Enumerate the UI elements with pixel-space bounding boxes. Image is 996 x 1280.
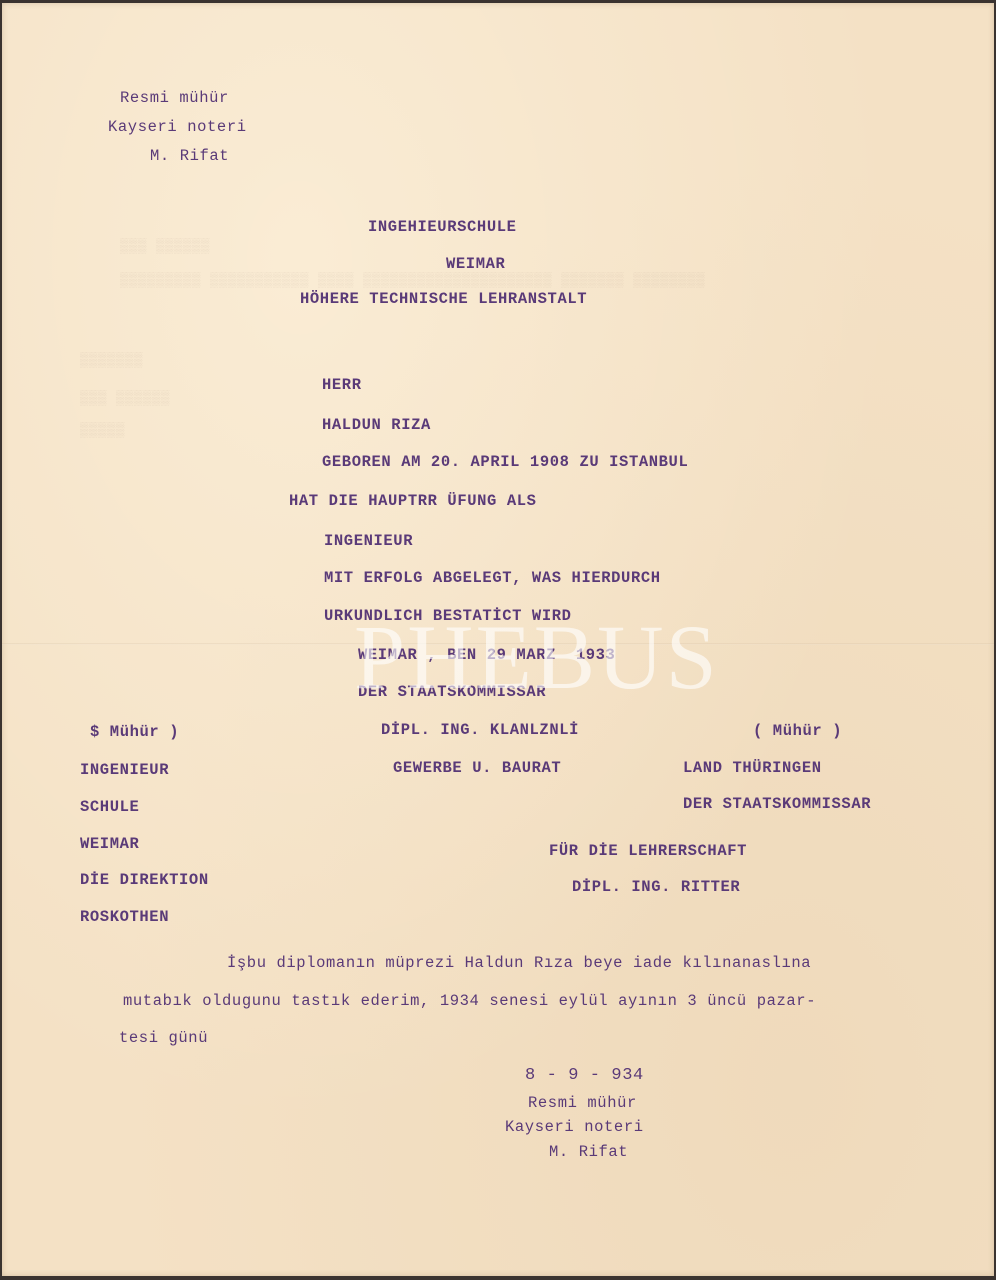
- watermark: PHEBUS: [354, 611, 719, 703]
- school-city: WEIMAR: [446, 257, 505, 273]
- center-signature-line: GEWERBE U. BAURAT: [393, 761, 561, 777]
- notary-statement-line: İşbu diplomanın müprezi Haldun Rıza beye…: [227, 956, 811, 972]
- diploma-document-page: ▒▒▒ ▒▒▒▒▒▒ ▒▒▒▒▒▒▒▒▒ ▒▒▒▒▒▒▒▒▒▒▒ ▒▒▒▒ ▒▒…: [2, 3, 994, 1276]
- body-line: GEBOREN AM 20. APRIL 1908 ZU ISTANBUL: [322, 455, 688, 471]
- faculty-signature-line: DİPL. ING. RITTER: [572, 880, 740, 896]
- right-signature-line: DER STAATSKOMMISSAR: [683, 797, 871, 813]
- bottom-notary-date: 8 - 9 - 934: [525, 1067, 644, 1084]
- body-line: INGENIEUR: [324, 534, 413, 550]
- bottom-notary-line1: Resmi mühür: [528, 1096, 637, 1112]
- right-signature-line: LAND THÜRINGEN: [683, 761, 822, 777]
- notary-statement-line: tesi günü: [119, 1031, 208, 1047]
- left-signature-line: INGENIEUR: [80, 763, 169, 779]
- right-signature-line: ( Mühür ): [753, 724, 842, 740]
- body-line: HERR: [322, 378, 362, 394]
- top-notary-line1: Resmi mühür: [120, 91, 229, 107]
- top-notary-line3: M. Rifat: [150, 149, 229, 165]
- faculty-signature-line: FÜR DİE LEHRERSCHAFT: [549, 844, 747, 860]
- left-signature-line: $ Mühür ): [90, 725, 179, 741]
- show-through-text: ▒▒▒ ▒▒▒▒▒▒: [120, 239, 210, 255]
- show-through-text: ▒▒▒▒▒▒▒▒▒ ▒▒▒▒▒▒▒▒▒▒▒ ▒▒▒▒ ▒▒▒▒▒▒▒▒▒▒▒▒▒…: [120, 273, 705, 289]
- school-name: INGEHIEURSCHULE: [368, 220, 517, 236]
- bottom-notary-line2: Kayseri noteri: [505, 1120, 644, 1136]
- left-signature-line: ROSKOTHEN: [80, 910, 169, 926]
- center-signature-line: DİPL. ING. KLANLZNLİ: [381, 723, 579, 739]
- show-through-text: ▒▒▒ ▒▒▒▒▒▒: [80, 391, 170, 407]
- left-signature-line: WEIMAR: [80, 837, 139, 853]
- body-line: MIT ERFOLG ABGELEGT, WAS HIERDURCH: [324, 571, 661, 587]
- left-signature-line: SCHULE: [80, 800, 139, 816]
- left-signature-line: DİE DIREKTION: [80, 873, 209, 889]
- body-line: HALDUN RIZA: [322, 418, 431, 434]
- institution-name: HÖHERE TECHNISCHE LEHRANSTALT: [300, 292, 587, 308]
- notary-statement-line: mutabık oldugunu tastık ederim, 1934 sen…: [123, 994, 816, 1010]
- show-through-text: ▒▒▒▒▒: [80, 423, 125, 439]
- show-through-text: ▒▒▒▒▒▒▒: [80, 353, 143, 369]
- bottom-notary-line3: M. Rifat: [549, 1145, 628, 1161]
- body-line: HAT DIE HAUPTRR ÜFUNG ALS: [289, 494, 537, 510]
- top-notary-line2: Kayseri noteri: [108, 120, 247, 136]
